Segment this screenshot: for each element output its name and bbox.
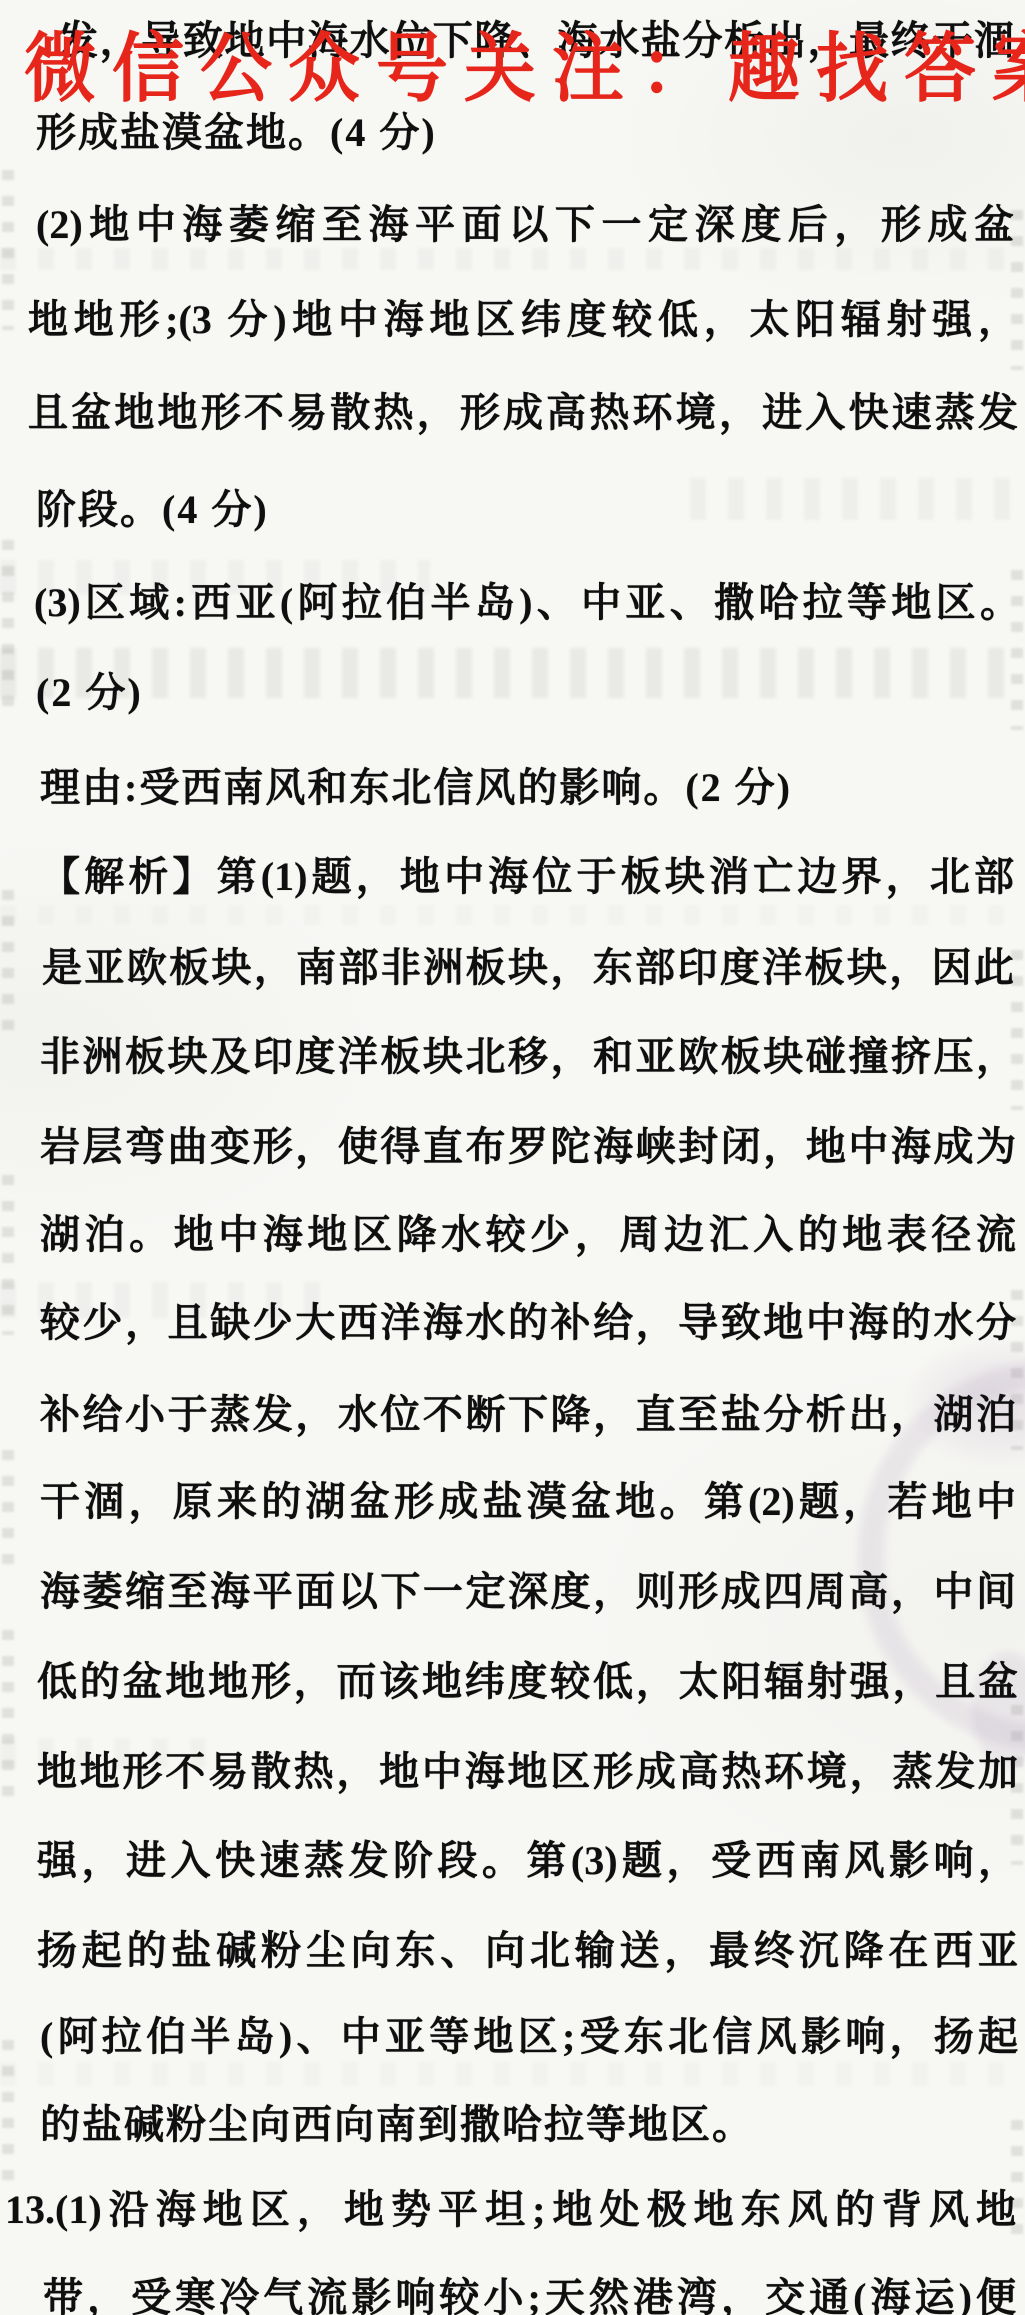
doc-line-10: 【解析】第(1)题，地中海位于板块消亡边界，北部 [40, 852, 1014, 902]
doc-line-08: (2 分) [36, 668, 143, 718]
scan-edge-streak [2, 2040, 14, 2190]
scan-noise-band [0, 248, 1025, 270]
scan-noise-band [0, 905, 1025, 925]
doc-line-11: 是亚欧板块，南部非洲板块，东部印度洋板块，因此 [42, 943, 1014, 993]
scan-edge-streak [2, 540, 14, 710]
doc-line-09: 理由:受西南风和东北信风的影响。(2 分) [40, 763, 792, 813]
doc-line-24: 的盐碱粉尘向西向南到撒哈拉等地区。 [40, 2100, 754, 2150]
scan-edge-streak [2, 1175, 14, 1335]
doc-line-15: 较少，且缺少大西洋海水的补给，导致地中海的水分 [40, 1298, 1016, 1348]
scan-noise-band [690, 478, 1025, 520]
scanned-answer-page: 发，导致地中海水位下降、海水盐分析出，最终干涸 形成盐漠盆地。(4 分) (2)… [0, 0, 1025, 2315]
scan-edge-streak [2, 1450, 14, 1570]
doc-line-19: 低的盆地地形，而该地纬度较低，太阳辐射强，且盆 [37, 1657, 1018, 1707]
scan-noise-band [0, 648, 1025, 698]
doc-line-18: 海萎缩至海平面以下一定深度，则形成四周高，中间 [40, 1567, 1016, 1617]
doc-line-17: 干涸，原来的湖盆形成盐漠盆地。第(2)题，若地中 [40, 1477, 1016, 1527]
doc-line-04: 地地形;(3 分)地中海地区纬度较低，太阳辐射强， [28, 295, 1018, 345]
doc-line-12: 非洲板块及印度洋板块北移，和亚欧板块碰撞挤压， [40, 1032, 1016, 1082]
doc-line-20: 地地形不易散热，地中海地区形成高热环境，蒸发加 [37, 1747, 1018, 1797]
doc-line-23: (阿拉伯半岛)、中亚等地区;受东北信风影响，扬起 [40, 2012, 1018, 2062]
doc-line-26: 带，受寒冷气流影响较小;天然港湾，交通(海运)便 [43, 2273, 1016, 2315]
scan-noise-band [0, 2062, 1025, 2086]
doc-line-14: 湖泊。地中海地区降水较少，周边汇入的地表径流 [40, 1210, 1016, 1260]
doc-line-06: 阶段。(4 分) [36, 485, 269, 535]
doc-line-13: 岩层弯曲变形，使得直布罗陀海峡封闭，地中海成为 [40, 1122, 1016, 1172]
doc-line-22: 扬起的盐碱粉尘向东、向北输送，最终沉降在西亚 [37, 1926, 1018, 1976]
doc-line-07: (3)区域:西亚(阿拉伯半岛)、中亚、撒哈拉等地区。 [34, 578, 1020, 628]
scan-edge-streak [2, 170, 14, 330]
scan-edge-streak [2, 1630, 14, 1800]
scan-edge-streak [2, 890, 14, 1040]
doc-line-21: 强，进入快速蒸发阶段。第(3)题，受西南风影响， [37, 1836, 1018, 1886]
doc-line-02: 形成盐漠盆地。(4 分) [36, 108, 437, 158]
doc-line-05: 且盆地地形不易散热，形成高热环境，进入快速蒸发 [28, 388, 1018, 438]
doc-line-16: 补给小于蒸发，水位不断下降，直至盐分析出，湖泊 [40, 1390, 1016, 1440]
doc-line-03: (2)地中海萎缩至海平面以下一定深度后，形成盆 [36, 200, 1014, 250]
doc-line-25: 13.(1)沿海地区，地势平坦;地处极地东风的背风地 [5, 2185, 1016, 2235]
watermark-text: 微信公众号关注：趣找答案 [24, 26, 1025, 113]
